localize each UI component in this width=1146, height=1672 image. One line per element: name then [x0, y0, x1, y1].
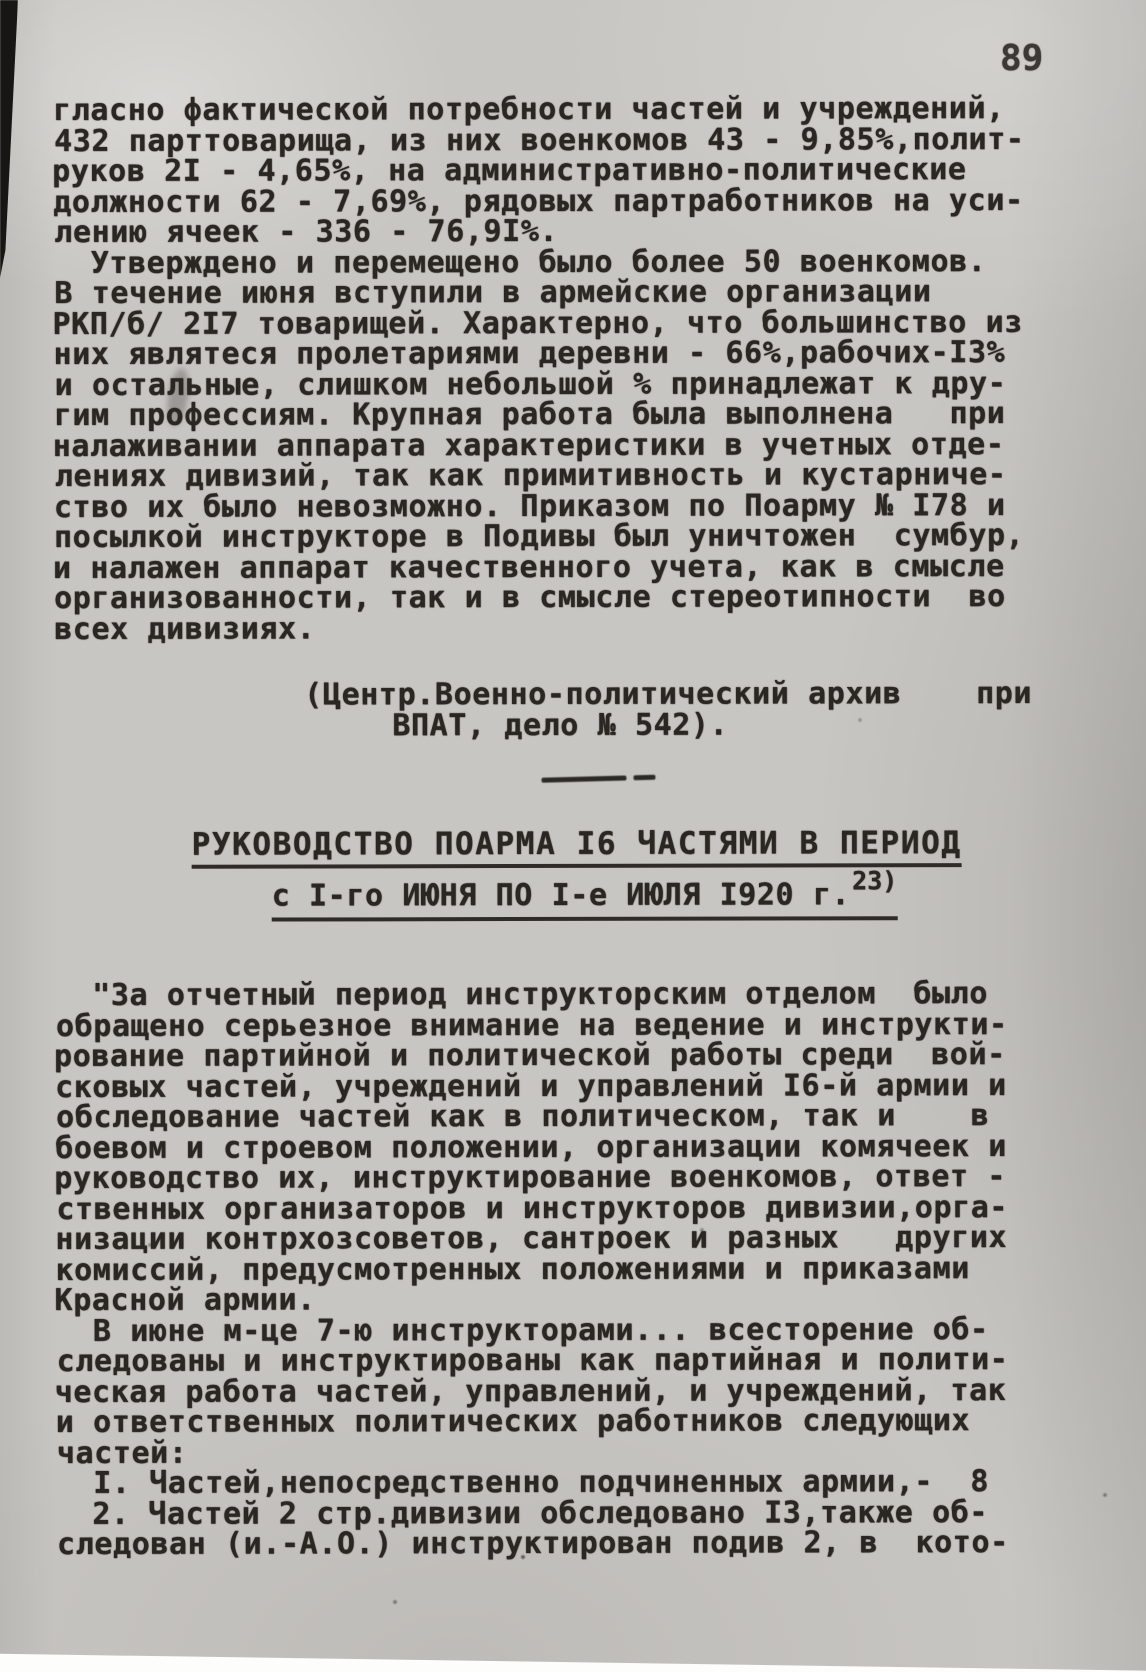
text-line: лениях дивизий, так как примитивность и … [55, 460, 1095, 493]
separator-dash [633, 775, 655, 781]
scan-edge-artifact-left [0, 0, 18, 278]
text-line: организованности, так и в смысле стереот… [54, 582, 1094, 615]
text-line: комиссий, предусмотренных положениями и … [55, 1253, 1095, 1286]
text-line: обследование частей как в политическом, … [56, 1101, 1096, 1134]
text-line: ческая работа частей, управлений, и учре… [55, 1375, 1095, 1408]
footnote-reference: 23) [850, 864, 897, 898]
text-line: и остальные, слишком небольшой % принадл… [55, 368, 1095, 401]
citation-line: (Центр.Военно-политический архив при [304, 679, 1094, 711]
scanned-document-page: 89 гласно фактической потребности частей… [0, 0, 1146, 1672]
text-line: РКП/б/ 2I7 товарищей. Характерно, что бо… [52, 307, 1092, 340]
text-line: и ответственных политических работников … [56, 1406, 1096, 1439]
separator-dash [541, 775, 626, 782]
text-line: следован (и.-А.О.) инструктирован подив … [57, 1528, 1097, 1561]
text-line: должности 62 - 7,69%, рядовых партработн… [53, 185, 1093, 218]
text-line: всех дивизиях. [54, 612, 1094, 645]
text-line: и налажен аппарат качественного учета, к… [53, 551, 1093, 584]
text-line: частей: [57, 1436, 1097, 1469]
section-heading-line-2: с I-го ИЮНЯ ПО I-е ИЮЛЯ I920 г.23) [55, 878, 1095, 922]
separator-line [541, 763, 1094, 784]
heading-underlined-text: с I-го ИЮНЯ ПО I-е ИЮЛЯ I920 г.23) [272, 878, 898, 921]
heading-underlined-text: РУКОВОДСТВО ПОАРМА I6 ЧАСТЯМИ В ПЕРИОД [192, 826, 962, 869]
text-line: лению ячеек - 336 - 76,9I%. [54, 216, 1094, 249]
paragraph-3: "За отчетный период инструкторским отдел… [55, 979, 1096, 1317]
text-line: рование партийной и политической работы … [54, 1040, 1094, 1073]
paragraph-2: Утверждено и перемещено было более 50 во… [53, 246, 1094, 645]
paragraph-1: гласно фактической потребности частей и … [53, 94, 1093, 249]
document-body: гласно фактической потребности частей и … [53, 94, 1096, 1561]
text-line: ственных организаторов и инструкторов ди… [56, 1192, 1096, 1225]
paragraph-4: В июне м-це 7-ю инструкторами... всестор… [56, 1314, 1097, 1560]
page-number: 89 [1000, 38, 1043, 79]
section-heading-line-1: РУКОВОДСТВО ПОАРМА I6 ЧАСТЯМИ В ПЕРИОД [55, 826, 1095, 869]
citation-line: ВПАТ, дело № 542). [392, 709, 1094, 741]
heading-date-text: с I-го ИЮНЯ ПО I-е ИЮЛЯ I920 г. [272, 877, 851, 913]
citation-block: (Центр.Военно-политический архив при ВПА… [54, 679, 1094, 742]
scan-edge-artifact-bottom [0, 1646, 1146, 1672]
text-line: руков 2I - 4,65%, на административно-пол… [52, 155, 1092, 188]
text-line: Красной армии. [54, 1284, 1094, 1317]
